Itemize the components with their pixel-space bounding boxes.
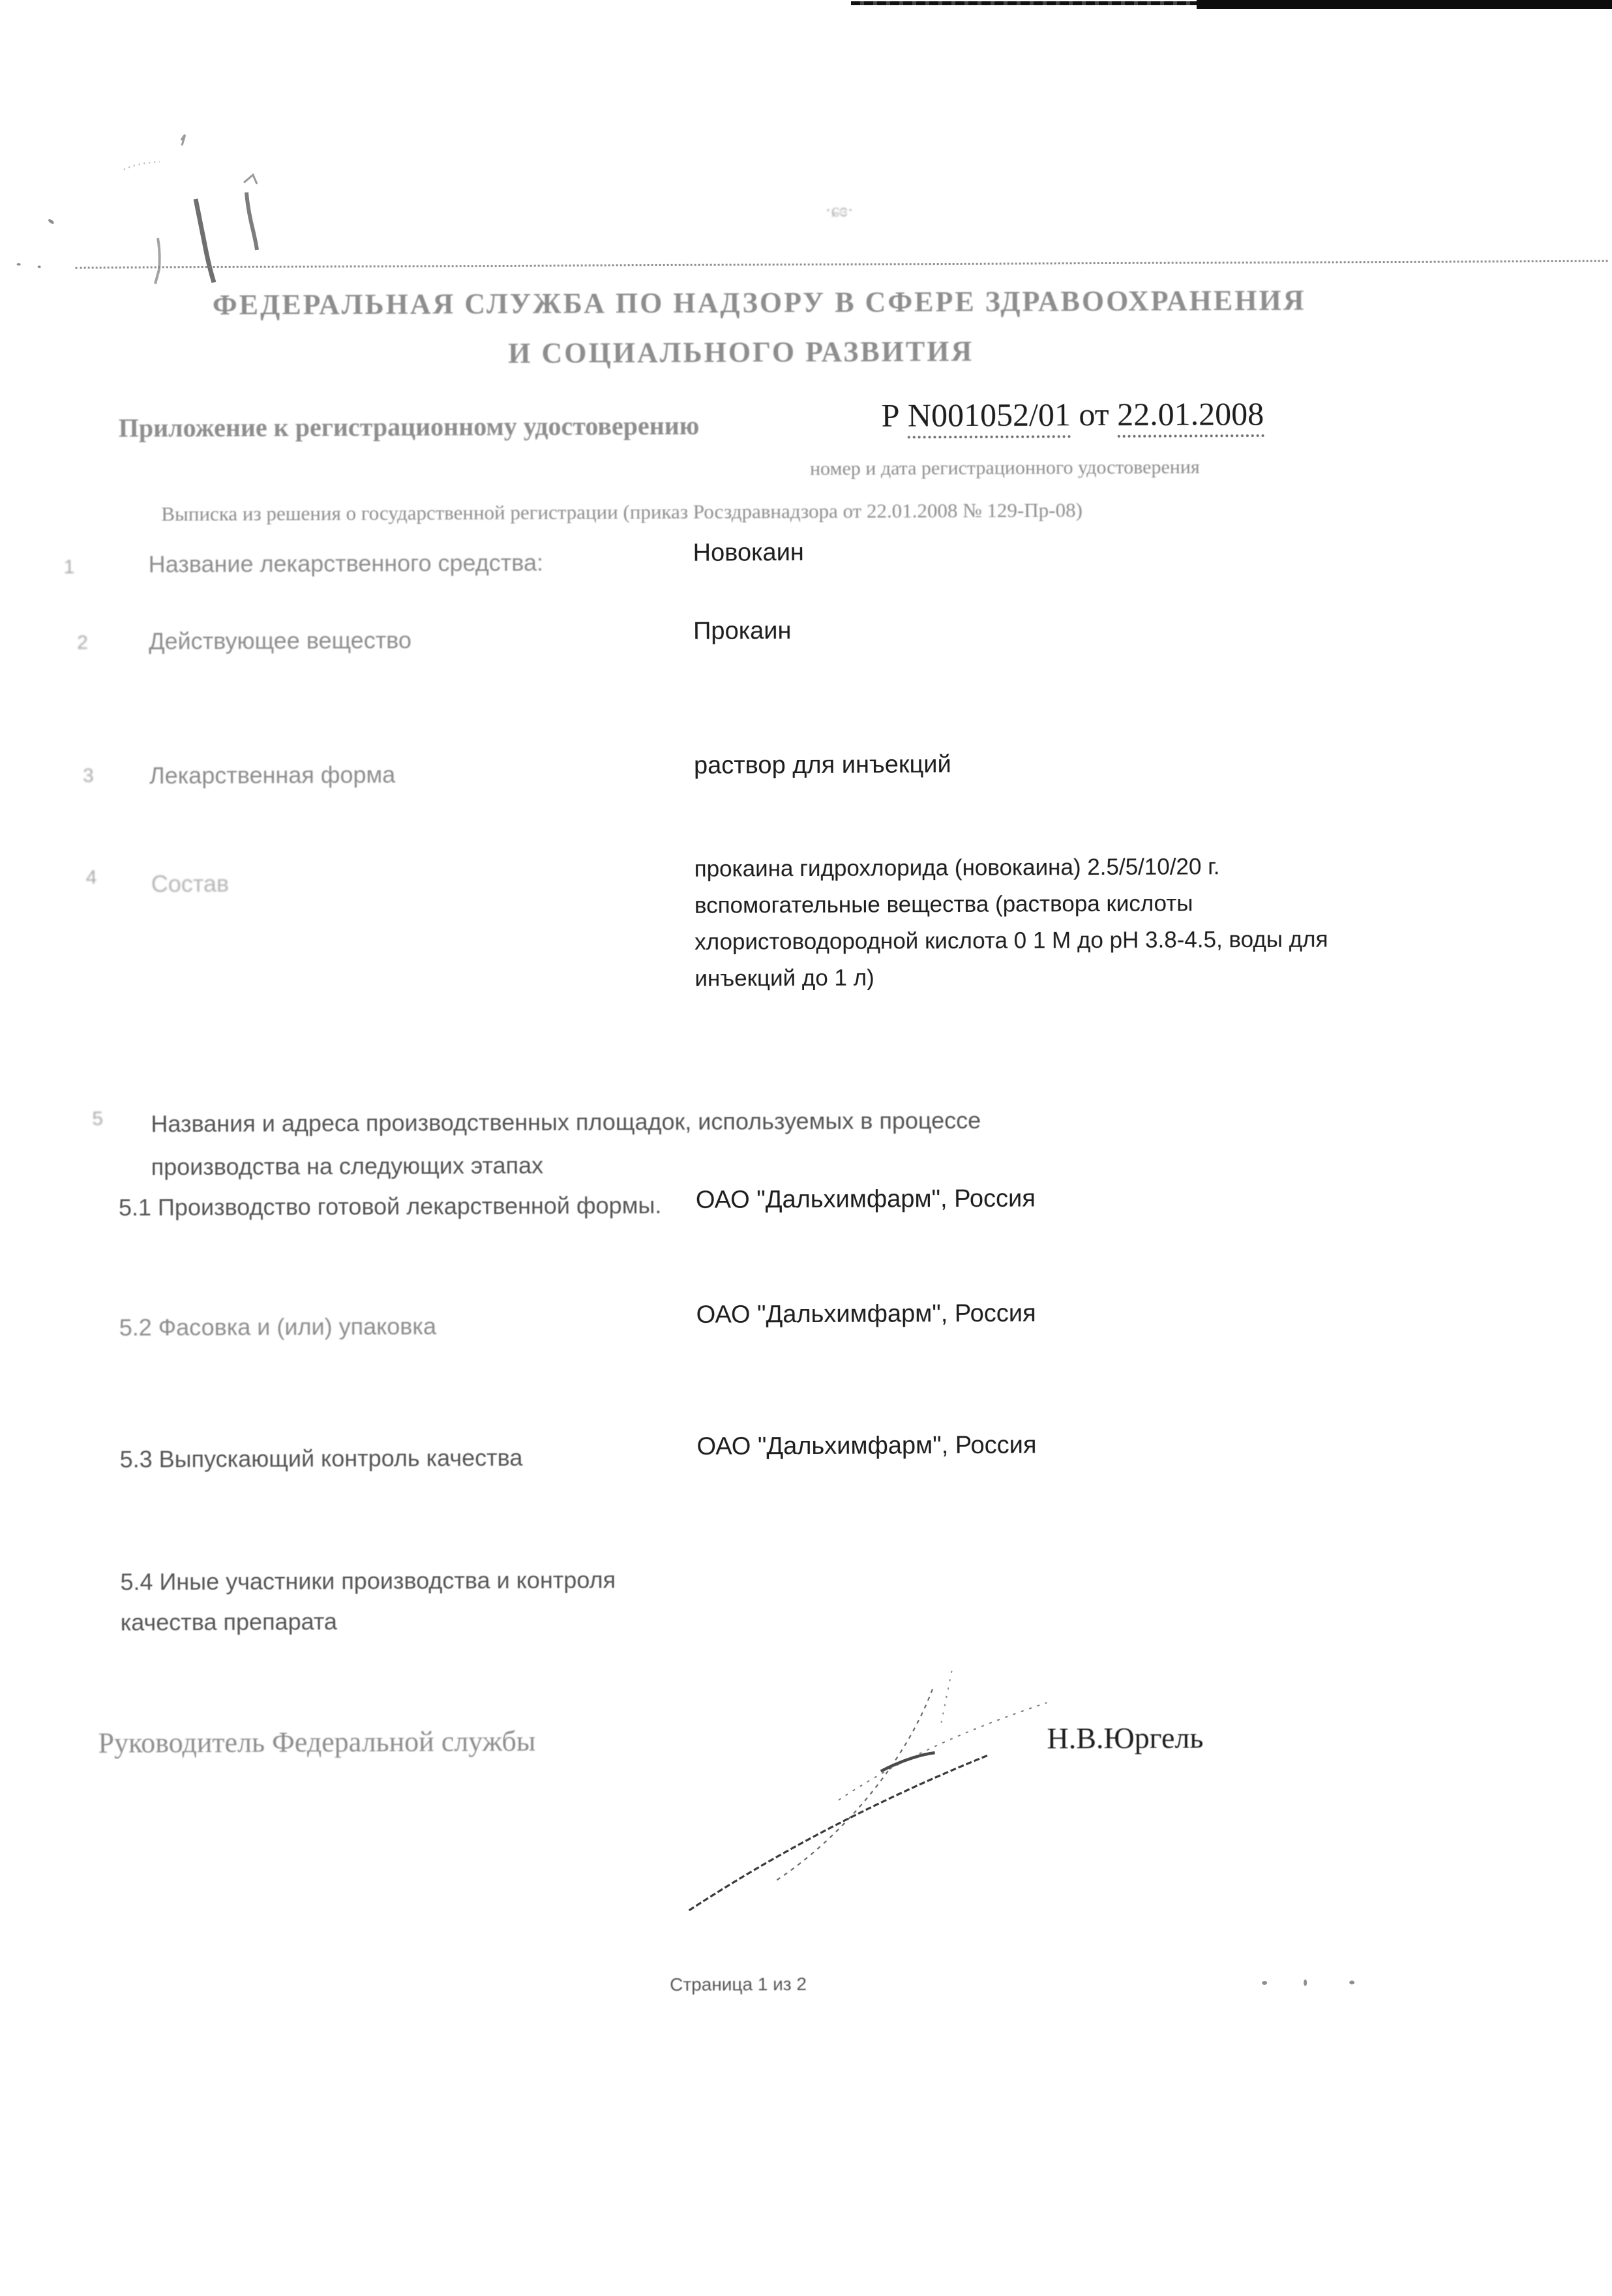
registration-date: 22.01.2008 <box>1117 395 1264 438</box>
item-4-label: Состав <box>151 870 229 898</box>
scan-smudge-text: ·ɕɞ· <box>825 201 854 222</box>
registration-caption: номер и дата регистрационного удостовере… <box>810 456 1200 480</box>
extract-line: Выписка из решения о государственной рег… <box>161 498 1082 526</box>
item-5-label: Названия и адреса производственных площа… <box>151 1098 1110 1188</box>
item-4-value-line2: вспомогательные вещества (раствора кисло… <box>694 890 1193 918</box>
item-4-value-line3: хлористоводородной кислота 0 1 М до рН 3… <box>694 927 1328 956</box>
item-5-number: 5 <box>92 1108 103 1130</box>
scan-speck <box>38 265 41 268</box>
scan-speck <box>48 219 55 225</box>
appendix-label: Приложение к регистрационному удостовере… <box>119 410 700 444</box>
registration-number: Р N001052/01 от 22.01.2008 <box>882 395 1264 434</box>
item-2-label: Действующее вещество <box>149 627 411 656</box>
scan-speck <box>1304 1980 1307 1986</box>
item-5-2-value: ОАО "Дальхимфарм", Россия <box>696 1299 1036 1329</box>
handwritten-signature <box>623 1590 1094 2023</box>
item-5-4-label: 5.4 Иные участники производства и контро… <box>120 1560 694 1643</box>
item-3-number: 3 <box>83 765 94 787</box>
item-5-2-label: 5.2 Фасовка и (или) упаковка <box>119 1312 436 1341</box>
item-2-value: Прокаин <box>693 617 792 646</box>
scan-speck <box>17 263 21 265</box>
scan-speck <box>1349 1980 1354 1984</box>
item-3-value: раствор для инъекций <box>694 751 951 780</box>
item-2-number: 2 <box>77 632 88 654</box>
item-5-1-label: 5.1 Производство готовой лекарственной ф… <box>119 1192 662 1222</box>
item-1-value: Новокаин <box>693 539 803 567</box>
scanned-document-page: ·ɕɞ· ФЕДЕРАЛЬНАЯ СЛУЖБА ПО НАДЗОРУ В СФЕ… <box>0 0 1612 2296</box>
item-3-label: Лекарственная форма <box>149 761 395 790</box>
agency-name-line1: ФЕДЕРАЛЬНАЯ СЛУЖБА ПО НАДЗОРУ В СФЕРЕ ЗД… <box>213 284 1269 322</box>
registration-prefix: Р <box>882 397 900 433</box>
scan-speck <box>1262 1981 1267 1985</box>
header-rule <box>76 260 1608 269</box>
registration-of-word: от <box>1079 396 1109 432</box>
registration-number-value: N001052/01 <box>908 396 1071 438</box>
page-indicator: Страница 1 из 2 <box>670 1974 807 1995</box>
item-5-1-value: ОАО "Дальхимфарм", Россия <box>696 1185 1036 1214</box>
item-5-3-label: 5.3 Выпускающий контроль качества <box>120 1444 523 1473</box>
item-5-3-value: ОАО "Дальхимфарм", Россия <box>696 1431 1036 1460</box>
item-1-number: 1 <box>64 556 75 579</box>
item-4-value-line1: прокаина гидрохлорида (новокаина) 2.5/5/… <box>694 854 1220 883</box>
document-content: ·ɕɞ· ФЕДЕРАЛЬНАЯ СЛУЖБА ПО НАДЗОРУ В СФЕ… <box>0 0 1612 2296</box>
item-4-value-line4: инъекций до 1 л) <box>694 965 874 992</box>
item-1-label: Название лекарственного средства: <box>149 549 544 579</box>
agency-name-line2: И СОЦИАЛЬНОГО РАЗВИТИЯ <box>213 333 1269 371</box>
signatory-title: Руководитель Федеральной службы <box>98 1725 535 1760</box>
item-4-number: 4 <box>86 867 97 889</box>
